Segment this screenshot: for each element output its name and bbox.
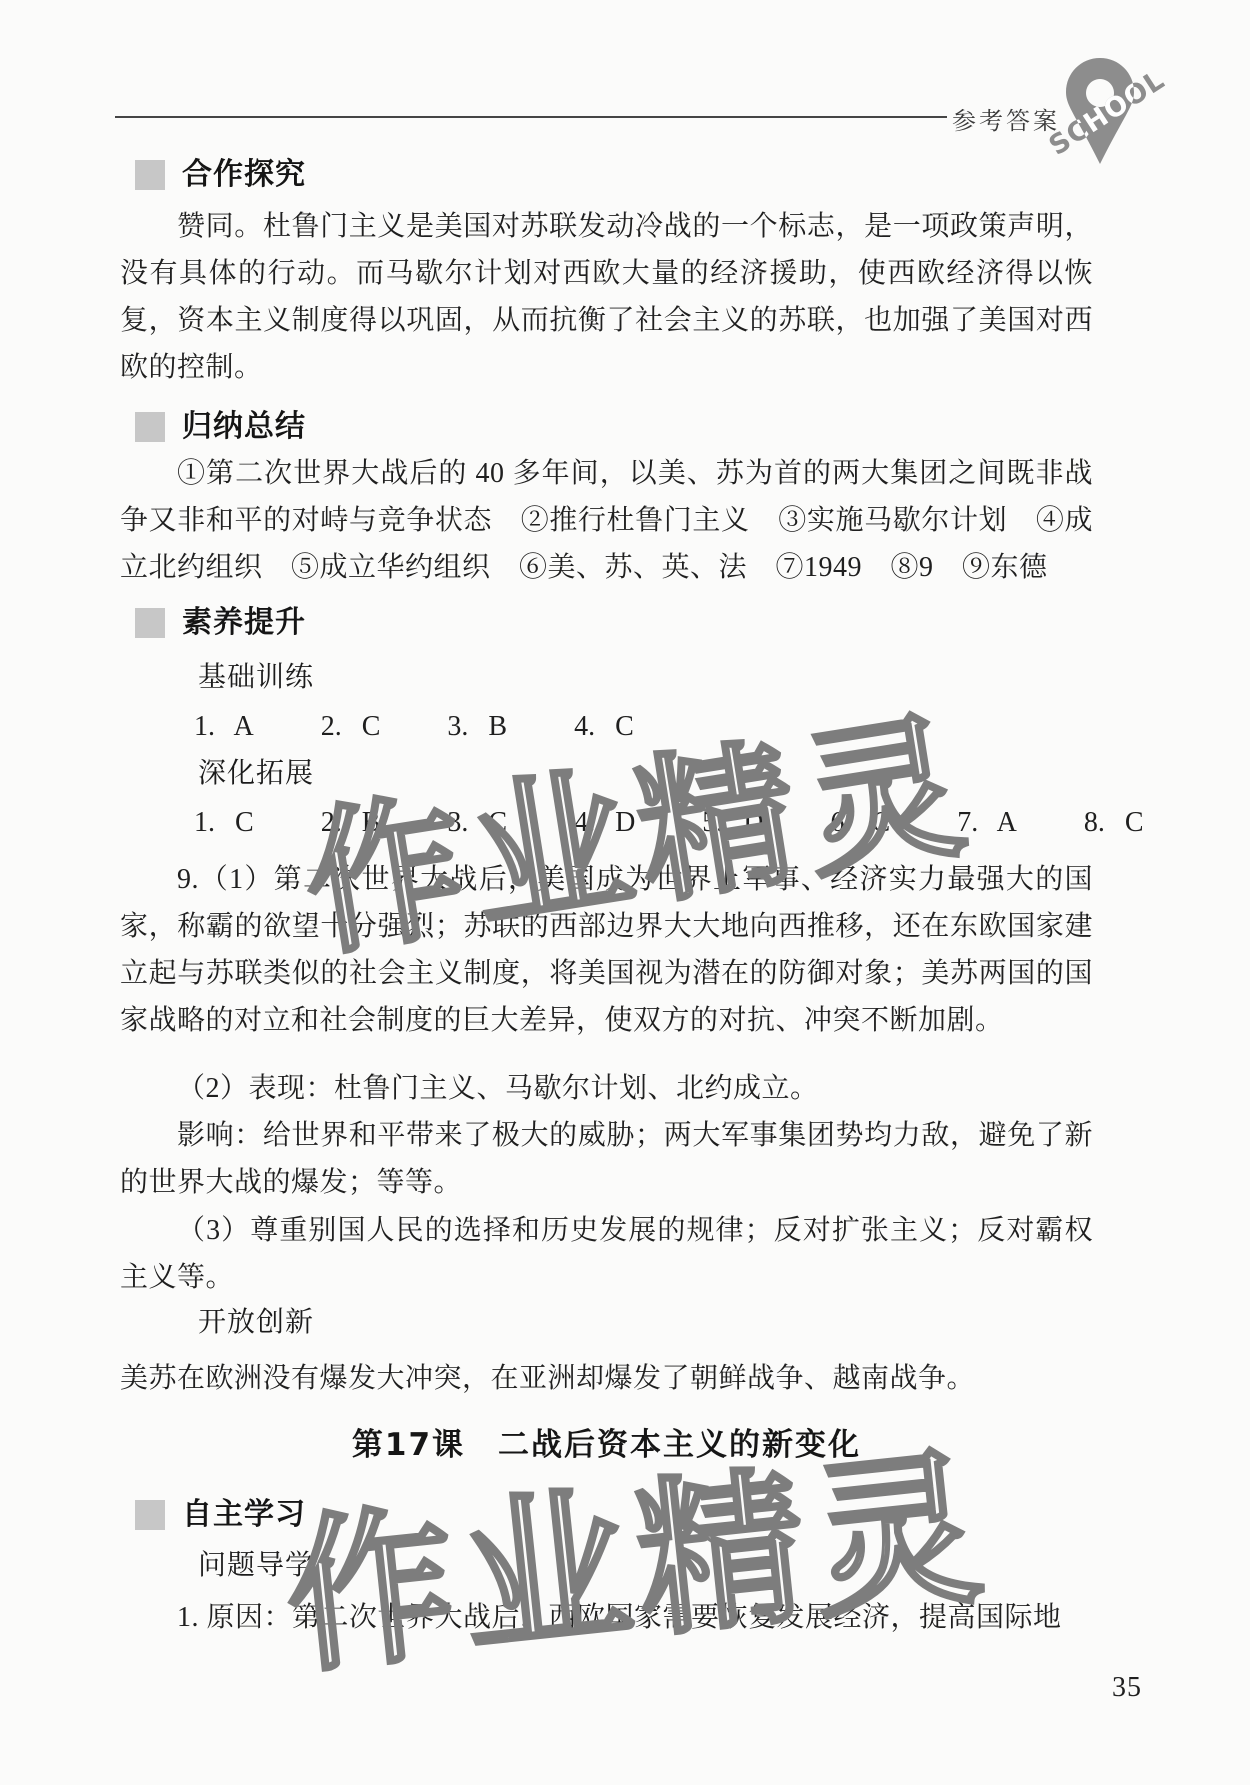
- answer-book-page: 参考答案 SCHOOL SCHOOL 合作探究 赞同。杜鲁门主义是美国对苏联发动…: [0, 0, 1250, 1785]
- answer-item: 5. D: [702, 806, 763, 840]
- answer-item: 7. A: [957, 806, 1017, 840]
- answer-item: 4. C: [574, 710, 634, 744]
- open-innovation-label: 开放创新: [198, 1305, 314, 1339]
- basic-training-label: 基础训练: [198, 660, 314, 694]
- lesson-title: 第17课 二战后资本主义的新变化: [120, 1424, 1093, 1466]
- answer-item: 1. A: [194, 710, 254, 744]
- answer-item: 4. D: [574, 806, 635, 840]
- section-header-summary: 归纳总结: [135, 410, 306, 444]
- page-number: 35: [1112, 1672, 1142, 1704]
- basic-training-answers: 1. A2. C3. B4. C: [194, 710, 701, 744]
- open-innovation-paragraph: 美苏在欧洲没有爆发大冲突，在亚洲却爆发了朝鲜战争、越南战争。: [120, 1355, 1093, 1402]
- section-header-competence: 素养提升: [135, 606, 306, 640]
- question9-part2-impact: 影响：给世界和平带来了极大的威胁；两大军事集团势均力敌，避免了新的世界大战的爆发…: [120, 1112, 1093, 1206]
- answer-item: 6. C: [831, 806, 891, 840]
- answer-item: 3. C: [447, 806, 507, 840]
- reference-answers-label: 参考答案: [952, 101, 1060, 136]
- section-header-self-study: 自主学习: [135, 1498, 306, 1532]
- section-title: 归纳总结: [182, 410, 306, 444]
- answer-item: 2. C: [321, 710, 381, 744]
- section-header-cooperation: 合作探究: [135, 158, 306, 192]
- answer-item: 2. B: [321, 806, 381, 840]
- section-marker-square: [135, 1500, 165, 1530]
- deepen-expand-answers: 1. C2. B3. C4. D5. D6. C7. A8. C: [194, 806, 1211, 840]
- deepen-expand-label: 深化拓展: [198, 756, 314, 790]
- header-rule: [115, 116, 947, 118]
- section-marker-square: [135, 160, 165, 190]
- question9-part3: （3）尊重别国人民的选择和历史发展的规律；反对扩张主义；反对霸权主义等。: [120, 1207, 1093, 1301]
- cooperation-paragraph: 赞同。杜鲁门主义是美国对苏联发动冷战的一个标志，是一项政策声明，没有具体的行动。…: [120, 203, 1093, 391]
- section-title: 素养提升: [182, 606, 306, 640]
- answer-item: 1. C: [194, 806, 254, 840]
- answer-item: 8. C: [1084, 806, 1144, 840]
- question9-part1: 9.（1）第二次世界大战后，美国成为世界上军事、经济实力最强大的国家，称霸的欲望…: [120, 856, 1093, 1044]
- section-title: 合作探究: [182, 158, 306, 192]
- section-title: 自主学习: [182, 1498, 306, 1532]
- question9-part2: （2）表现：杜鲁门主义、马歇尔计划、北约成立。: [120, 1065, 1093, 1112]
- summary-paragraph: ①第二次世界大战后的 40 多年间，以美、苏为首的两大集团之间既非战争又非和平的…: [120, 450, 1093, 591]
- section-marker-square: [135, 412, 165, 442]
- answer-item: 3. B: [447, 710, 507, 744]
- question-guide-label: 问题导学: [198, 1548, 314, 1582]
- self-study-paragraph: 1. 原因：第二次世界大战后，西欧国家需要恢复发展经济，提高国际地: [120, 1594, 1093, 1641]
- school-pin-logo: SCHOOL SCHOOL: [1048, 54, 1152, 172]
- section-marker-square: [135, 608, 165, 638]
